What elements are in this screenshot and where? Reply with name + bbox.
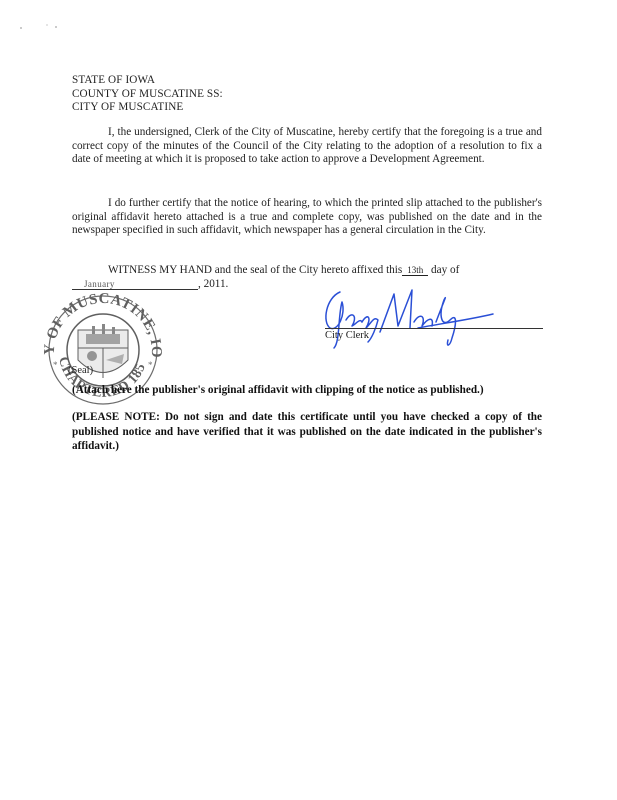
attach-instruction: (Attach here the publisher's original af…	[72, 384, 552, 396]
signature-line	[325, 328, 543, 329]
header-city: CITY OF MUSCATINE	[72, 101, 223, 115]
witness-day-of: day of	[428, 264, 459, 276]
please-note: (PLEASE NOTE: Do not sign and date this …	[72, 410, 542, 454]
svg-text:*: *	[53, 360, 58, 370]
certificate-page: STATE OF IOWA COUNTY OF MUSCATINE SS: CI…	[0, 0, 617, 800]
day-field: 13th	[402, 265, 428, 276]
signature-title: City Clerk	[325, 330, 369, 341]
header-state: STATE OF IOWA	[72, 74, 223, 88]
notice-paragraph: I do further certify that the notice of …	[72, 197, 542, 238]
clerk-signature	[318, 282, 498, 352]
year-text: , 2011.	[198, 278, 228, 290]
header-county: COUNTY OF MUSCATINE SS:	[72, 88, 223, 102]
svg-text:*: *	[148, 360, 153, 370]
witness-text: WITNESS MY HAND and the seal of the City…	[108, 264, 402, 276]
seal-label: (Seal)	[68, 365, 93, 376]
certification-paragraph: I, the undersigned, Clerk of the City of…	[72, 126, 542, 167]
month-field: January	[72, 279, 198, 290]
jurisdiction-header: STATE OF IOWA COUNTY OF MUSCATINE SS: CI…	[72, 74, 223, 115]
scan-specks	[18, 24, 63, 32]
